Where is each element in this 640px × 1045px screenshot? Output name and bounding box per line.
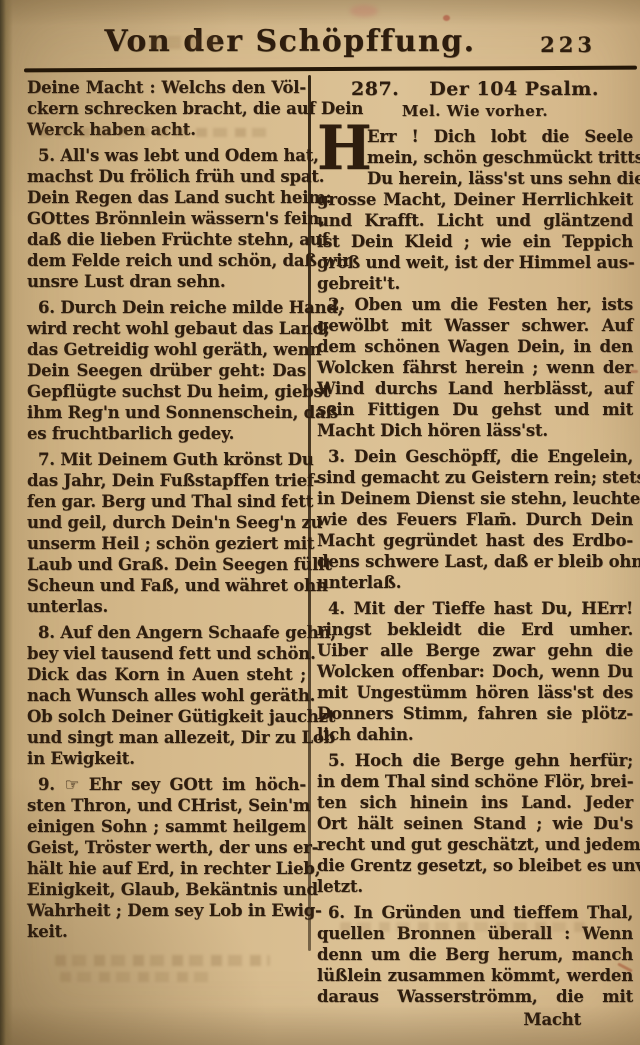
hymn-number: 287. [351,77,399,101]
text-line: 5. All's was lebt und Odem hat, [27,145,306,166]
hymn-verse: 3. Dein Geschöpff, die Engelein,sind gem… [317,446,633,593]
text-line: fen gar. Berg und Thal sind fett [27,491,306,512]
text-line: und Krafft. Licht und gläntzend [317,210,633,231]
text-line: gebreit't. [317,273,633,294]
text-line: nach Wunsch alles wohl geräth. [27,685,306,706]
text-line: groß und weit, ist der Himmel aus- [317,252,633,273]
text-line: recht und gut geschätzt, und jedem [317,834,633,855]
left-column-verses: Deine Macht : Welchs den Völ-ckern schre… [27,77,306,942]
right-column-verses: 2. Oben um die Festen her, istsgewölbt m… [317,294,633,1007]
text-line: sten Thron, und CHrist, Sein'm [27,795,306,816]
text-line: 4. Mit der Tieffe hast Du, HErr! [317,598,633,619]
text-line: unserm Heil ; schön geziert mit [27,533,306,554]
text-line: 8. Auf den Angern Schaafe gehn, [27,622,306,643]
text-line: quellen Bronnen überall : Wenn [317,923,633,944]
text-line: die Grentz gesetzt, so bleibet es unver- [317,855,633,876]
text-line: gewölbt mit Wasser schwer. Auf [317,315,633,336]
text-line: ringst bekleidt die Erd umher. [317,619,633,640]
header-rule [24,66,637,72]
hymn-verse: 7. Mit Deinem Guth krönst Dudas Jahr, De… [27,449,306,617]
hymn-verse: Deine Macht : Welchs den Völ-ckern schre… [27,77,306,140]
text-line: das Jahr, Dein Fußstapffen trief- [27,470,306,491]
text-line: Uiber alle Berge zwar gehn die [317,640,633,661]
text-line: Ort hält seinen Stand ; wie Du's [317,813,633,834]
text-line: bey viel tausend fett und schön. [27,643,306,664]
hymn-verse: 5. Hoch die Berge gehn herfür;in dem Tha… [317,750,633,897]
text-line: denn um die Berg herum, manch [317,944,633,965]
bleedthrough-ghost-text [60,972,210,982]
text-line: Dein Regen das Land sucht heim: [27,187,306,208]
text-line: mit Ungestümm hören läss'st des [317,682,633,703]
text-line: ist Dein Kleid ; wie ein Teppich [317,231,633,252]
text-line: Dein Seegen drüber geht: Das [27,360,306,381]
hymn-verse: 8. Auf den Angern Schaafe gehn,bey viel … [27,622,306,769]
text-line: Ob solch Deiner Gütigkeit jauchzt [27,706,306,727]
hymn-verse: 5. All's was lebt und Odem hat,machst Du… [27,145,306,292]
text-line: ckern schrecken bracht, die auf Dein [27,98,306,119]
text-line: 6. Durch Dein reiche milde Hand, [27,297,306,318]
catchword: Macht [317,1009,633,1030]
hymn-verse: 2. Oben um die Festen her, istsgewölbt m… [317,294,633,441]
text-line: 9. ☞ Ehr sey GOtt im höch- [27,774,306,795]
hymn-verse: 6. In Gründen und tieffem Thal,quellen B… [317,902,633,1007]
text-line: grosse Macht, Deiner Herrlichkeit [317,189,633,210]
text-line: ten sich hinein ins Land. Jeder [317,792,633,813]
text-line: keit. [27,921,306,942]
right-column: 287. Der 104 Psalm. Mel. Wie vorher. H E… [317,77,633,1030]
text-line: machst Du frölich früh und spat. [27,166,306,187]
text-line: daraus Wasserströmm, die mit [317,986,633,1007]
text-line: Wolcken fährst herein ; wenn der [317,357,633,378]
text-line: einigen Sohn ; sammt heilgem [27,816,306,837]
text-line: Macht Dich hören läss'st. [317,420,633,441]
text-line: ihm Reg'n und Sonnenschein, daß [27,402,306,423]
text-line: in Ewigkeit. [27,748,306,769]
text-line: Gepflügte suchst Du heim, giebst [27,381,306,402]
paper-stain [350,5,378,17]
text-line: letzt. [317,876,633,897]
text-line: Geist, Tröster werth, der uns er- [27,837,306,858]
hymn-title: Der 104 Psalm. [429,77,599,101]
hymn-verse-1: H Err ! Dich lobt die Seelemein, schön g… [317,126,633,294]
text-line: GOttes Brönnlein wässern's fein, [27,208,306,229]
text-line: und geil, durch Dein'n Seeg'n zu [27,512,306,533]
text-line: Dick das Korn in Auen steht ; [27,664,306,685]
text-line: 7. Mit Deinem Guth krönst Du [27,449,306,470]
text-line: Wahrheit ; Dem sey Lob in Ewig- [27,900,306,921]
hymn-heading: 287. Der 104 Psalm. [317,77,633,101]
text-line: das Getreidig wohl geräth, wenn [27,339,306,360]
text-line: Laub und Graß. Dein Seegen füllt [27,554,306,575]
text-line: 5. Hoch die Berge gehn herfür; [317,750,633,771]
page-header: Von der Schöpffung. [0,24,580,59]
text-line: dem Felde reich und schön, daß wir [27,250,306,271]
text-line: dem schönen Wagen Dein, in den [317,336,633,357]
text-line: lüßlein zusammen kömmt, werden [317,965,633,986]
page-number: 223 [540,32,596,57]
text-line: wird recht wohl gebaut das Land; [27,318,306,339]
hymn-verse: 4. Mit der Tieffe hast Du, HErr!ringst b… [317,598,633,745]
text-line: Wolcken offenbar: Doch, wenn Du [317,661,633,682]
text-line: und singt man allezeit, Dir zu Lob [27,727,306,748]
text-line: 2. Oben um die Festen her, ists [317,294,633,315]
drop-cap: H [317,127,364,170]
text-line: dens schwere Last, daß er bleib ohn [317,551,633,572]
text-line: Werck haben acht. [27,119,306,140]
text-line: Einigkeit, Glaub, Bekäntnis und [27,879,306,900]
paper-stain [443,15,450,21]
hymn-verse: 6. Durch Dein reiche milde Hand,wird rec… [27,297,306,444]
text-line: wie des Feuers Flam̄. Durch Dein [317,509,633,530]
text-line: sind gemacht zu Geistern rein; stets [317,467,633,488]
text-line: 6. In Gründen und tieffem Thal, [317,902,633,923]
text-line: 3. Dein Geschöpff, die Engelein, [317,446,633,467]
text-line: es fruchtbarlich gedey. [27,423,306,444]
text-line: in Deinem Dienst sie stehn, leuchten [317,488,633,509]
text-line: unterlaß. [317,572,633,593]
text-line: unterlas. [27,596,306,617]
text-line: daß die lieben Früchte stehn, auf [27,229,306,250]
text-line: Macht gegründet hast des Erdbo- [317,530,633,551]
text-line: lich dahin. [317,724,633,745]
hymn-verse: 9. ☞ Ehr sey GOtt im höch-sten Thron, un… [27,774,306,942]
text-line: Scheun und Faß, und währet ohn [27,575,306,596]
book-page: Von der Schöpffung. 223 Deine Macht : We… [0,0,640,1045]
text-line: hält hie auf Erd, in rechter Lieb, [27,858,306,879]
text-line: Wind durchs Land herblässt, auf [317,378,633,399]
text-line: unsre Lust dran sehn. [27,271,306,292]
text-line: Deine Macht : Welchs den Völ- [27,77,306,98]
text-line: sein Fittigen Du gehst und mit [317,399,633,420]
text-line: in dem Thal sind schöne Flör, brei- [317,771,633,792]
left-column: Deine Macht : Welchs den Völ-ckern schre… [27,77,306,942]
bleedthrough-ghost-text [55,955,270,966]
text-line: Donners Stimm, fahren sie plötz- [317,703,633,724]
